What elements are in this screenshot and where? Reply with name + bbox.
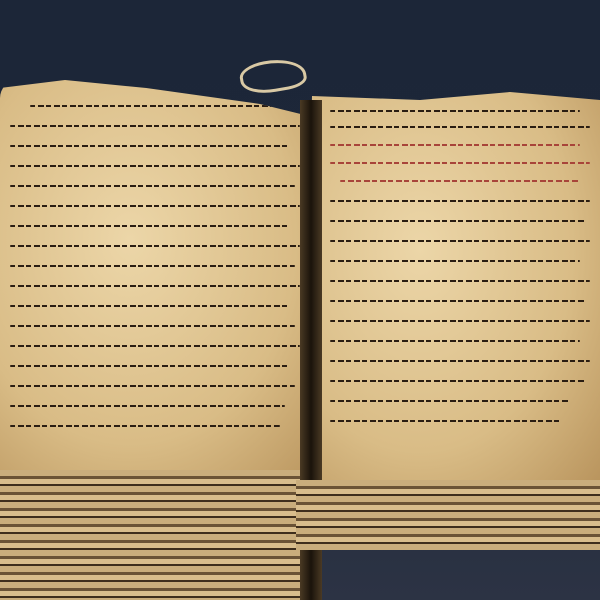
binding-cord	[238, 55, 309, 98]
left-page	[0, 80, 325, 480]
left-leaf-stack	[0, 470, 300, 600]
manuscript-photo: An open bound manuscript with two pages …	[0, 0, 600, 600]
right-page	[300, 88, 600, 488]
right-leaf-stack	[296, 480, 600, 550]
